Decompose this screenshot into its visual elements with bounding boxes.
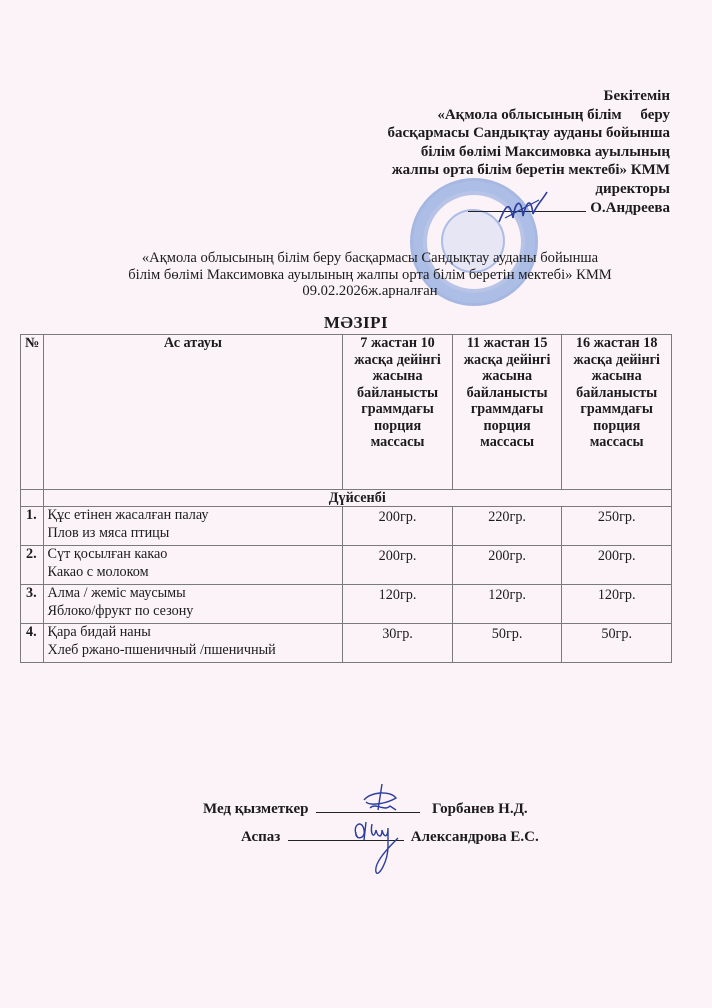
dish-name-kz: Алма / жеміс маусымы: [48, 585, 339, 603]
portion-11-15: 50гр.: [452, 624, 562, 663]
portion-16-18: 120гр.: [562, 585, 672, 624]
header-age-16-18: 16 жастан 18 жасқа дейінгі жасына байлан…: [562, 335, 672, 490]
dish-name: Құс етінен жасалған палауПлов из мяса пт…: [43, 507, 343, 546]
table-row: 3. Алма / жеміс маусымыЯблоко/фрукт по с…: [21, 585, 672, 624]
dish-name-ru: Какао с молоком: [48, 564, 339, 582]
portion-16-18: 250гр.: [562, 507, 672, 546]
intro-line: «Ақмола облысының білім беру басқармасы …: [60, 250, 680, 267]
approval-line: басқармасы Сандықтау ауданы бойынша: [290, 124, 670, 143]
signature-blank: [288, 828, 404, 841]
portion-16-18: 200гр.: [562, 546, 672, 585]
portion-7-10: 30гр.: [343, 624, 453, 663]
menu-date: 09.02.2026ж.арналған: [60, 283, 680, 300]
cook-label: Аспаз: [241, 829, 280, 845]
menu-table: № Ас атауы 7 жастан 10 жасқа дейінгі жас…: [20, 334, 672, 663]
medic-signature-row: Мед қызметкер Горбанев Н.Д.: [203, 800, 528, 818]
portion-11-15: 220гр.: [452, 507, 562, 546]
signature-blank: [468, 199, 586, 212]
approval-line: жалпы орта білім беретін мектебі» КММ: [290, 161, 670, 180]
menu-title: МӘЗІРІ: [0, 313, 712, 333]
dish-name-ru: Плов из мяса птицы: [48, 525, 339, 543]
director-signature-line: О.Андреева: [290, 199, 670, 218]
header-dish-name: Ас атауы: [43, 335, 343, 490]
header-number: №: [21, 335, 44, 490]
row-number: 4.: [21, 624, 44, 663]
signature-blank: [316, 800, 420, 813]
cook-signature-icon: [344, 816, 414, 886]
medic-name: Горбанев Н.Д.: [432, 801, 528, 817]
dish-name: Қара бидай наныХлеб ржано-пшеничный /пше…: [43, 624, 343, 663]
dish-name-ru: Яблоко/фрукт по сезону: [48, 603, 339, 621]
approval-line: білім бөлімі Максимовка ауылының: [290, 143, 670, 162]
portion-11-15: 200гр.: [452, 546, 562, 585]
intro-line: білім бөлімі Максимовка ауылының жалпы о…: [60, 267, 680, 284]
table-header-row: № Ас атауы 7 жастан 10 жасқа дейінгі жас…: [21, 335, 672, 490]
dish-name-ru: Хлеб ржано-пшеничный /пшеничный: [48, 642, 339, 660]
table-row: 4. Қара бидай наныХлеб ржано-пшеничный /…: [21, 624, 672, 663]
dish-name: Сүт қосылған какаоКакао с молоком: [43, 546, 343, 585]
approval-line: директоры: [290, 180, 670, 199]
cook-name: Александрова Е.С.: [411, 829, 539, 845]
dish-name-kz: Сүт қосылған какао: [48, 546, 339, 564]
dish-name: Алма / жеміс маусымыЯблоко/фрукт по сезо…: [43, 585, 343, 624]
approval-heading: Бекітемін: [290, 87, 670, 106]
portion-7-10: 120гр.: [343, 585, 453, 624]
header-age-11-15: 11 жастан 15 жасқа дейінгі жасына байлан…: [452, 335, 562, 490]
medic-label: Мед қызметкер: [203, 801, 308, 817]
approval-block: Бекітемін «Ақмола облысының білім беру б…: [290, 87, 670, 217]
day-row: Дүйсенбі: [21, 490, 672, 507]
cook-signature-row: Аспаз Александрова Е.С.: [241, 828, 539, 846]
portion-7-10: 200гр.: [343, 546, 453, 585]
dish-name-kz: Құс етінен жасалған палау: [48, 507, 339, 525]
menu-intro: «Ақмола облысының білім беру басқармасы …: [60, 250, 680, 300]
row-number: 3.: [21, 585, 44, 624]
table-row: 2. Сүт қосылған какаоКакао с молоком 200…: [21, 546, 672, 585]
dish-name-kz: Қара бидай наны: [48, 624, 339, 642]
row-number: 1.: [21, 507, 44, 546]
portion-11-15: 120гр.: [452, 585, 562, 624]
row-number: 2.: [21, 546, 44, 585]
director-name: О.Андреева: [590, 200, 670, 216]
portion-7-10: 200гр.: [343, 507, 453, 546]
header-age-7-10: 7 жастан 10 жасқа дейінгі жасына байланы…: [343, 335, 453, 490]
day-label: Дүйсенбі: [43, 490, 671, 507]
approval-line: «Ақмола облысының білім беру: [290, 106, 670, 125]
portion-16-18: 50гр.: [562, 624, 672, 663]
table-row: 1. Құс етінен жасалған палауПлов из мяса…: [21, 507, 672, 546]
